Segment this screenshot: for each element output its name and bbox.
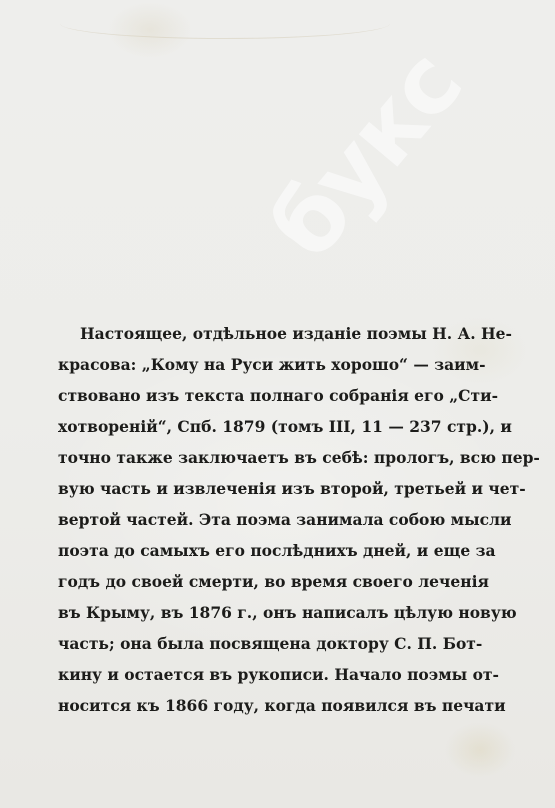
paper-crease bbox=[60, 8, 390, 39]
text-line: часть; она была посвящена доктору С. П. … bbox=[58, 628, 410, 659]
text-line: точно также заключаетъ въ себѣ: прологъ,… bbox=[58, 442, 410, 473]
text-line: носится къ 1866 году, когда появился въ … bbox=[58, 690, 410, 721]
body-paragraph: Настоящее, отдѣльное изданіе поэмы Н. А.… bbox=[58, 318, 410, 721]
text-line: поэта до самыхъ его послѣднихъ дней, и е… bbox=[58, 535, 410, 566]
text-line: вую часть и извлеченія изъ второй, треть… bbox=[58, 473, 410, 504]
text-line: красова: „Кому на Руси жить хорошо“ — за… bbox=[58, 349, 410, 380]
text-line: хотвореній“, Спб. 1879 (томъ III, 11 — 2… bbox=[58, 411, 410, 442]
text-line: ствовано изъ текста полнаго собранія его… bbox=[58, 380, 410, 411]
text-line: кину и остается въ рукописи. Начало поэм… bbox=[58, 659, 410, 690]
text-line: Настоящее, отдѣльное изданіе поэмы Н. А.… bbox=[58, 318, 410, 349]
scanned-page: букс Настоящее, отдѣльное изданіе поэмы … bbox=[0, 0, 555, 808]
watermark: букс bbox=[250, 31, 482, 278]
text-line: въ Крыму, въ 1876 г., онъ написалъ цѣлую… bbox=[58, 597, 410, 628]
text-line: вертой частей. Эта поэма занимала собою … bbox=[58, 504, 410, 535]
text-line: годъ до своей смерти, во время своего ле… bbox=[58, 566, 410, 597]
